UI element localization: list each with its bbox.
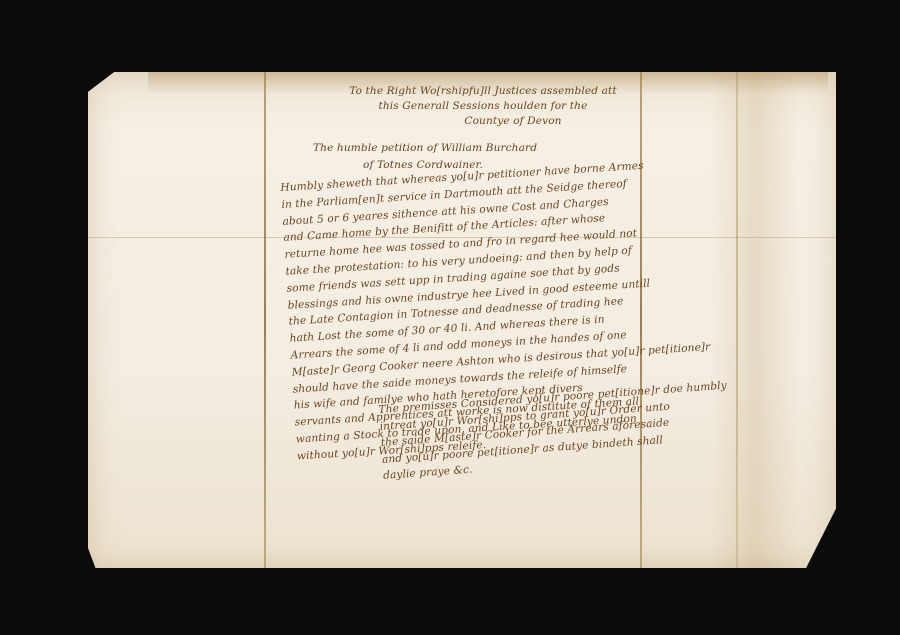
manuscript-page: To the Right Wo[rshipfu]ll Justices asse… [88, 72, 836, 568]
title-line: The humble petition of William Burchard [313, 140, 537, 157]
address-line: this Generall Sessions houlden for the [333, 99, 633, 114]
water-stain [710, 72, 800, 568]
address-line: To the Right Wo[rshipfu]ll Justices asse… [333, 84, 633, 99]
fold-line-left [264, 72, 266, 568]
address-line: Countye of Devon [333, 114, 633, 129]
address-block: To the Right Wo[rshipfu]ll Justices asse… [333, 84, 633, 129]
